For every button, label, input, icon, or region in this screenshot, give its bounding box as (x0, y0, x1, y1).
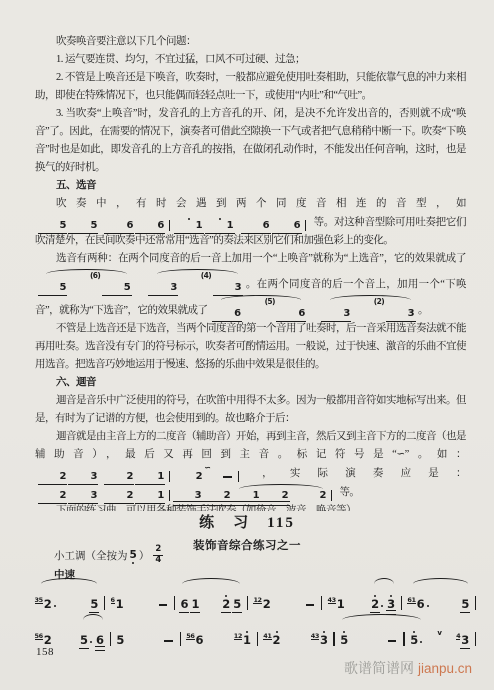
watermark: 歌谱简谱网jianpu.cn (344, 658, 472, 678)
dash-held-note (159, 604, 167, 606)
jianpu-note: 6 (242, 221, 270, 231)
note-digit: 3 (322, 309, 350, 319)
augmentation-dot (420, 641, 422, 643)
inline-notation-turn_played: 232132122 (35, 483, 337, 501)
note-digit: 2 (105, 491, 133, 501)
jianpu-note: 1 (175, 221, 203, 231)
note-digit: 3 (387, 309, 415, 319)
note-digit: 1 (206, 221, 234, 231)
music-line-1: 3525616125122431236165 (33, 576, 480, 610)
barline (247, 596, 248, 610)
note-digit: 2 (44, 635, 52, 647)
note-digit: 2 (222, 599, 230, 611)
slur (182, 578, 240, 584)
jianpu-note: 3 (69, 472, 97, 482)
barline (110, 632, 111, 646)
paragraph: 逥音就是由主音上方的二度音（辅助音）开始，再到主音，然后又到主音下方的二度音（也… (35, 428, 466, 502)
note-digit: 3 (69, 472, 97, 482)
barline (169, 471, 170, 482)
grace-note: 61 (407, 597, 415, 605)
key-signature: 小工调（全按为5） 2 4 (54, 545, 163, 566)
jianpu-note: 6 (180, 599, 188, 611)
note-digit: 5 (461, 599, 469, 611)
jianpu-note: 3 (387, 599, 395, 611)
note-digit: 6 (136, 221, 164, 231)
slur (374, 578, 394, 584)
jianpu-note: 5 (410, 635, 423, 647)
jianpu-note: 2 (203, 491, 231, 501)
jianpu-note: 5 (461, 599, 469, 611)
grace-note: 12 (253, 597, 261, 605)
jianpu-note: 5 (116, 635, 124, 647)
barline (180, 632, 181, 646)
note-digit: 2 (203, 491, 231, 501)
jianpu-note: 566 (186, 635, 203, 647)
note-digit: 6 (277, 309, 305, 319)
slur (239, 484, 323, 489)
jianpu-note: 43 (456, 635, 469, 647)
dash-held-note (164, 640, 173, 642)
key-note-low-5: 5 (130, 549, 137, 561)
jianpu-note: 2 (39, 491, 67, 501)
barline (475, 596, 476, 610)
note-digit: 3 (387, 599, 395, 611)
inline-notation-sel_up2: 3(4)3 (146, 268, 245, 293)
grace-note: 43 (328, 597, 336, 605)
watermark-domain: jianpu.cn (418, 661, 472, 676)
note-digit: 5 (69, 221, 97, 231)
note-digit: 5 (90, 599, 98, 611)
jianpu-note: 61 (111, 599, 124, 611)
paragraph: 逥音是音乐中广泛使用的符号，在吹笛中用得不太多。因为一般都用音符如实地标写出来。… (35, 392, 466, 428)
note-digit: 5 (410, 635, 418, 647)
paragraph: 不管是上选音还是下选音，当两个同度音的第一个音用了吐奏时，后一音采用选音奏法就不… (35, 320, 466, 374)
inline-notation-sel_up1: 5(6)5 (35, 268, 134, 293)
slur (83, 614, 103, 620)
jianpu-note: 431 (328, 599, 345, 611)
jianpu-note: 562 (35, 635, 52, 647)
jianpu-note: 3 (387, 309, 415, 319)
note-digit: 2 (371, 599, 379, 611)
grace-note: 4 (456, 633, 460, 641)
paragraph: 吹奏中，有时会遇到两个同度音相连的音型，如 55661166 等。对这种音型除可… (35, 195, 466, 250)
paragraph: 1. 运气要连贯、均匀，不宜过猛，口风不可过硬、过急； (35, 51, 466, 69)
barline (257, 632, 258, 646)
grace-note: 6 (111, 597, 115, 605)
jianpu-note: 1 (206, 221, 234, 231)
grace-note: 35 (35, 597, 43, 605)
paragraph: 3. 当吹奏“上唤音”时，发音孔的上方音孔的开、闭，是决不允许发出音的，否则就不… (35, 105, 466, 177)
note-digit: 1 (191, 599, 199, 611)
section-heading: 五、选音 (35, 177, 466, 195)
grace-note: 41 (263, 633, 271, 641)
note-digit: 5 (39, 283, 67, 293)
note-digit: 6 (180, 599, 188, 611)
jianpu-note: 2 (105, 491, 133, 501)
note-digit: 2∽ (175, 472, 203, 482)
barline (238, 471, 239, 482)
note-digit: 1 (337, 599, 345, 611)
jianpu-note: 1 (136, 472, 164, 482)
note-digit: 1 (175, 221, 203, 231)
jianpu-note: 2 (39, 472, 67, 482)
jianpu-note: 3 (214, 283, 242, 293)
inline-notation-sel_down1: 6(5)6 (210, 294, 309, 319)
jianpu-note: 6 (213, 309, 241, 319)
note-digit: 3 (320, 635, 328, 647)
augmentation-dot (90, 641, 92, 643)
paragraph: 吹奏唤音要注意以下几个问题： (35, 33, 466, 51)
augmentation-dot (381, 605, 383, 607)
barline (333, 632, 334, 646)
jianpu-note: 5 (103, 283, 131, 293)
jianpu-note: 6 (273, 221, 301, 231)
barline (104, 596, 105, 610)
note-digit: 1 (116, 599, 124, 611)
augmentation-dot (54, 605, 56, 607)
note-digit: 5 (340, 635, 348, 647)
jianpu-note: 433 (311, 635, 328, 647)
jianpu-note: 3 (174, 491, 202, 501)
note-digit: 6 (96, 635, 104, 647)
breath-mark: v (437, 629, 442, 637)
slur (221, 295, 302, 300)
note-digit: 3 (69, 491, 97, 501)
jianpu-note: 352 (35, 599, 57, 611)
jianpu-note: 3 (322, 309, 350, 319)
note-digit: 2 (44, 599, 52, 611)
note-digit: 2 (263, 599, 271, 611)
jianpu-note: 2 (371, 599, 384, 611)
jianpu-note: 5 (90, 599, 98, 611)
note-digit: 2 (39, 472, 67, 482)
key-prefix: 小工调（全按为 (54, 548, 128, 563)
inline-notation-turn_written: 23212∽ (35, 464, 244, 482)
barline (169, 220, 170, 231)
barline (331, 490, 332, 501)
barline (475, 632, 476, 646)
section-heading: 六、逥音 (35, 374, 466, 392)
slur (46, 269, 127, 274)
exercise-title: 练 习 115 (0, 511, 494, 532)
note-digit: 3 (461, 635, 469, 647)
note-digit: 3 (174, 491, 202, 501)
barline (401, 596, 402, 610)
note-digit: 2 (39, 491, 67, 501)
barline (169, 490, 170, 501)
jianpu-note: 2 (299, 491, 327, 501)
note-digit: 2 (273, 635, 281, 647)
jianpu-note: 3 (69, 491, 97, 501)
page-number: 158 (36, 646, 54, 658)
note-digit: 6 (213, 309, 241, 319)
barline (305, 220, 306, 231)
jianpu-note: 5 (69, 221, 97, 231)
key-suffix: ） (139, 548, 150, 563)
text-column: 吹奏唤音要注意以下几个问题：1. 运气要连贯、均匀，不宜过猛，口风不可过硬、过急… (35, 33, 466, 511)
note-digit: 1 (232, 491, 260, 501)
jianpu-note: 6 (277, 309, 305, 319)
jianpu-note: 2 (261, 491, 289, 501)
dash-held-note (223, 476, 232, 478)
jianpu-note: 1 (232, 491, 260, 501)
jianpu-note: 1 (136, 491, 164, 501)
slur (342, 614, 421, 620)
paragraph: 2. 不管是上唤音还是下唤音，吹奏时，一般都应避免使用吐奏相助，只能依靠气息的冲… (35, 69, 466, 105)
paragraph: 选音有两种：在两个同度音的后一音上加用一个“上唤音”就称为“上选音”，它的效果就… (35, 250, 466, 320)
barline (174, 596, 175, 610)
jianpu-note: 6 (105, 221, 133, 231)
jianpu-note: 3 (149, 283, 177, 293)
slur (330, 295, 411, 300)
time-signature-denominator: 4 (155, 556, 161, 566)
inline-notation-sel_down2: 3(2)3 (319, 294, 418, 319)
augmentation-dot (427, 605, 429, 607)
jianpu-note: 1 (191, 599, 199, 611)
grace-note: 56 (186, 633, 194, 641)
grace-note: 12 (234, 633, 242, 641)
note-digit: 2 (261, 491, 289, 501)
note-digit: 1 (136, 472, 164, 482)
barline (403, 632, 404, 646)
note-digit: 5 (233, 599, 241, 611)
jianpu-note: 2∽ (175, 472, 203, 482)
grace-note: 56 (35, 633, 43, 641)
note-digit: 6 (196, 635, 204, 647)
note-digit: 2 (105, 472, 133, 482)
jianpu-note: 6 (136, 221, 164, 231)
note-digit: 6 (242, 221, 270, 231)
note-digit: 1 (136, 491, 164, 501)
dash-held-note (388, 640, 397, 642)
jianpu-note: 412 (263, 635, 280, 647)
inline-notation-tone_pattern: 55661166 (35, 213, 311, 231)
note-digit: 6 (105, 221, 133, 231)
jianpu-note: 5 (80, 635, 93, 647)
note-digit: 3 (214, 283, 242, 293)
jianpu-note: 616 (407, 599, 429, 611)
jianpu-note: 122 (253, 599, 270, 611)
jianpu-note: 2 (222, 599, 230, 611)
grace-note: 43 (311, 633, 319, 641)
note-digit: 3 (149, 283, 177, 293)
jianpu-note: 2 (105, 472, 133, 482)
dash-held-note (306, 604, 314, 606)
jianpu-note: 5 (39, 221, 67, 231)
barline (321, 596, 322, 610)
music-line-2: 56256556612141243355v43 (33, 612, 480, 646)
book-page: 吹奏唤音要注意以下几个问题：1. 运气要连贯、均匀，不宜过猛，口风不可过硬、过急… (0, 0, 494, 690)
slur (41, 578, 97, 584)
note-digit: 6 (273, 221, 301, 231)
note-digit: 1 (243, 635, 251, 647)
slur (157, 269, 238, 274)
note-digit: 5 (116, 635, 124, 647)
slur (413, 578, 468, 584)
time-signature: 2 4 (153, 545, 163, 566)
note-digit: 2 (299, 491, 327, 501)
note-digit: 6 (417, 599, 425, 611)
turn-symbol: ∽ (183, 464, 211, 472)
jianpu-note: 6 (96, 635, 104, 647)
note-digit: 5 (80, 635, 88, 647)
jianpu-note: 5 (39, 283, 67, 293)
jianpu-note: 121 (234, 635, 251, 647)
jianpu-note: 5 (233, 599, 241, 611)
note-digit: 5 (39, 221, 67, 231)
jianpu-note: 5 (340, 635, 348, 647)
watermark-site: 歌谱简谱网 (344, 660, 414, 676)
note-digit: 5 (103, 283, 131, 293)
